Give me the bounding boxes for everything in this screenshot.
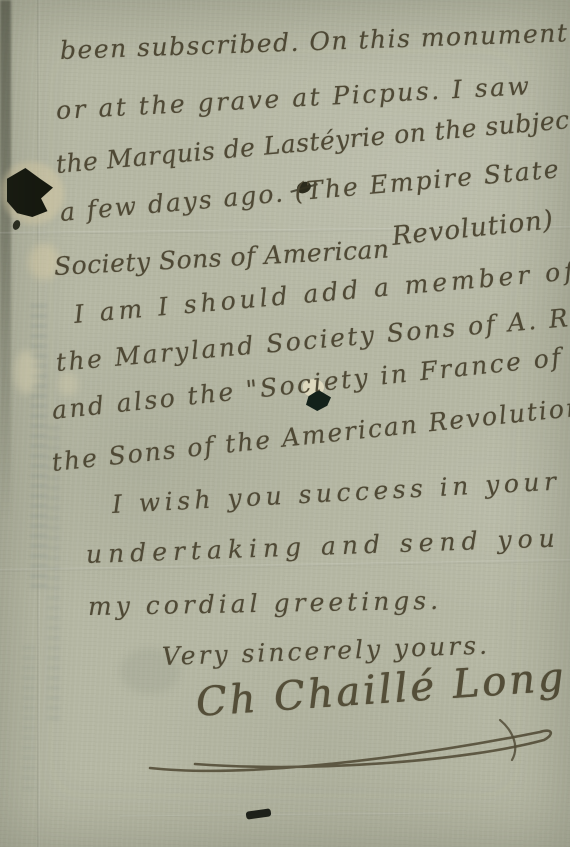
bottom-tear-mark bbox=[246, 808, 272, 819]
handwriting-line-6: Revolution) bbox=[390, 205, 555, 252]
horizontal-fold-crease bbox=[120, 813, 450, 818]
handwriting-line-11: I wish you success in your bbox=[111, 467, 561, 519]
paper-stain bbox=[14, 350, 38, 394]
letterhead-show-through bbox=[30, 298, 47, 588]
vertical-fold-crease bbox=[37, 0, 40, 847]
handwriting-line-13: my cordial greetings. bbox=[88, 586, 443, 621]
handwriting-line-5: Society Sons of American bbox=[53, 234, 390, 281]
tear-fragment bbox=[12, 219, 22, 231]
paper-edge-shadow bbox=[0, 0, 11, 520]
signature-flourish-icon bbox=[140, 716, 560, 780]
handwriting-line-12: undertaking and send you bbox=[85, 523, 561, 569]
letterhead-show-through bbox=[22, 640, 36, 790]
handwriting-line-1: been subscribed. On this monument bbox=[59, 18, 568, 65]
letter-page: been subscribed. On this monument or at … bbox=[0, 0, 570, 847]
